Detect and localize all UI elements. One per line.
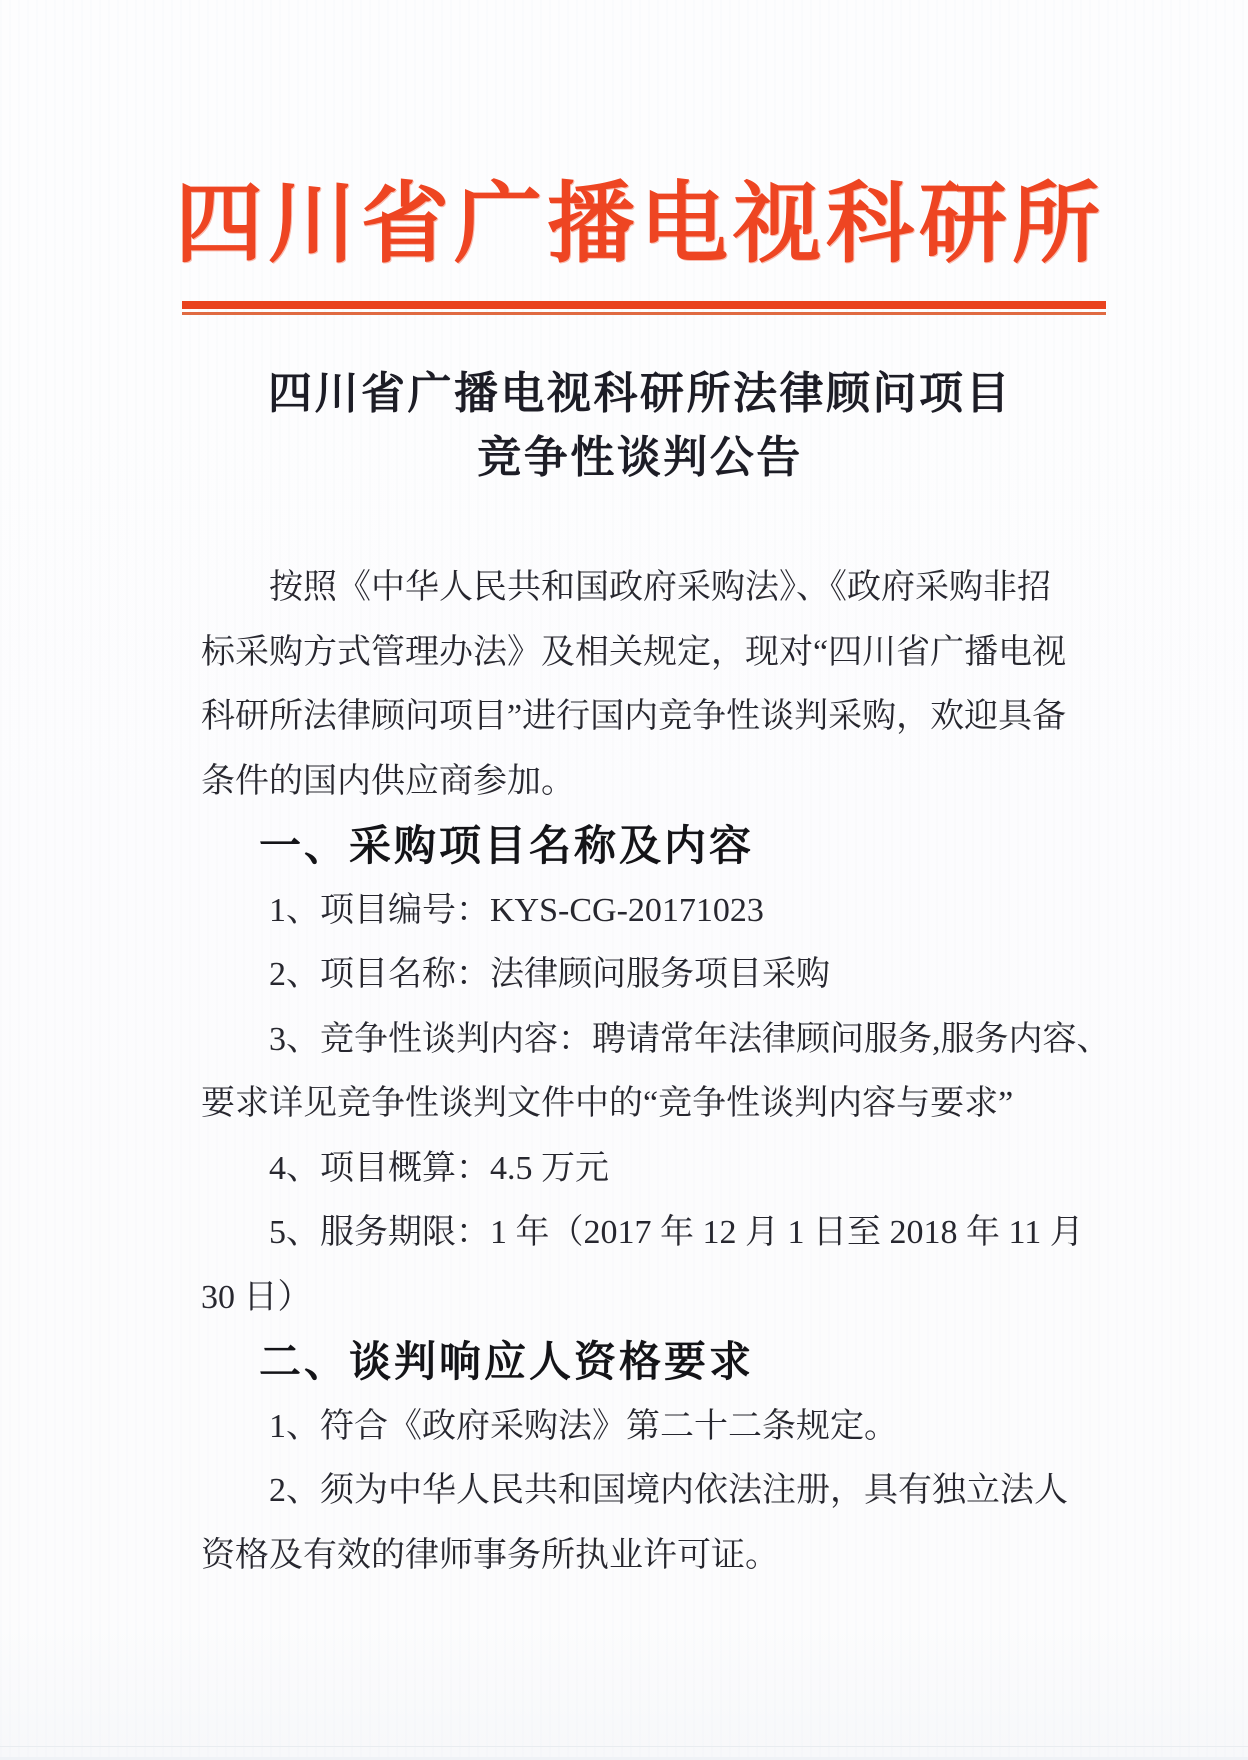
item-project-number: 1、项目编号：KYS-CG-20171023: [201, 879, 1106, 944]
item-negotiation-content-2: 要求详见竞争性谈判文件中的“竞争性谈判内容与要求”: [201, 1072, 1106, 1137]
document-title: 四川省广播电视科研所法律顾问项目 竞争性谈判公告: [16, 362, 1248, 490]
qualification-item-2-line2: 资格及有效的律师事务所执业许可证。: [201, 1524, 1106, 1589]
letterhead-divider-thick-rule: [182, 301, 1106, 309]
document-title-line-1: 四川省广播电视科研所法律顾问项目: [16, 362, 1248, 426]
scanner-artifact-line: [0, 1746, 1248, 1747]
qualification-item-2-line1: 2、须为中华人民共和国境内依法注册，具有独立法人: [201, 1459, 1106, 1524]
item-project-name: 2、项目名称：法律顾问服务项目采购: [201, 943, 1106, 1008]
item-service-term-1: 5、服务期限：1 年（2017 年 12 月 1 日至 2018 年 11 月: [201, 1201, 1106, 1266]
letterhead-divider: [182, 301, 1106, 315]
document-title-line-2: 竞争性谈判公告: [16, 426, 1248, 490]
document-body: 按照《中华人民共和国政府采购法》、《政府采购非招 标采购方式管理办法》及相关规定…: [201, 556, 1106, 1588]
letterhead-divider-thin-rule: [182, 312, 1106, 315]
section-heading-2: 二、谈判响应人资格要求: [201, 1330, 1106, 1395]
qualification-item-1: 1、符合《政府采购法》第二十二条规定。: [201, 1395, 1106, 1460]
section-heading-1: 一、采购项目名称及内容: [201, 814, 1106, 879]
intro-line-3: 科研所法律顾问项目”进行国内竞争性谈判采购，欢迎具备: [201, 685, 1106, 750]
document-page: 四川省广播电视科研所 四川省广播电视科研所法律顾问项目 竞争性谈判公告 按照《中…: [0, 0, 1248, 1760]
item-service-term-2: 30 日）: [201, 1266, 1106, 1331]
intro-line-4: 条件的国内供应商参加。: [201, 750, 1106, 815]
item-project-budget: 4、项目概算：4.5 万元: [201, 1137, 1106, 1202]
letterhead-org-name: 四川省广播电视科研所: [16, 172, 1248, 280]
item-negotiation-content-1: 3、竞争性谈判内容：聘请常年法律顾问服务,服务内容、: [201, 1008, 1106, 1073]
intro-line-1: 按照《中华人民共和国政府采购法》、《政府采购非招: [201, 556, 1106, 621]
intro-line-2: 标采购方式管理办法》及相关规定，现对“四川省广播电视: [201, 621, 1106, 686]
